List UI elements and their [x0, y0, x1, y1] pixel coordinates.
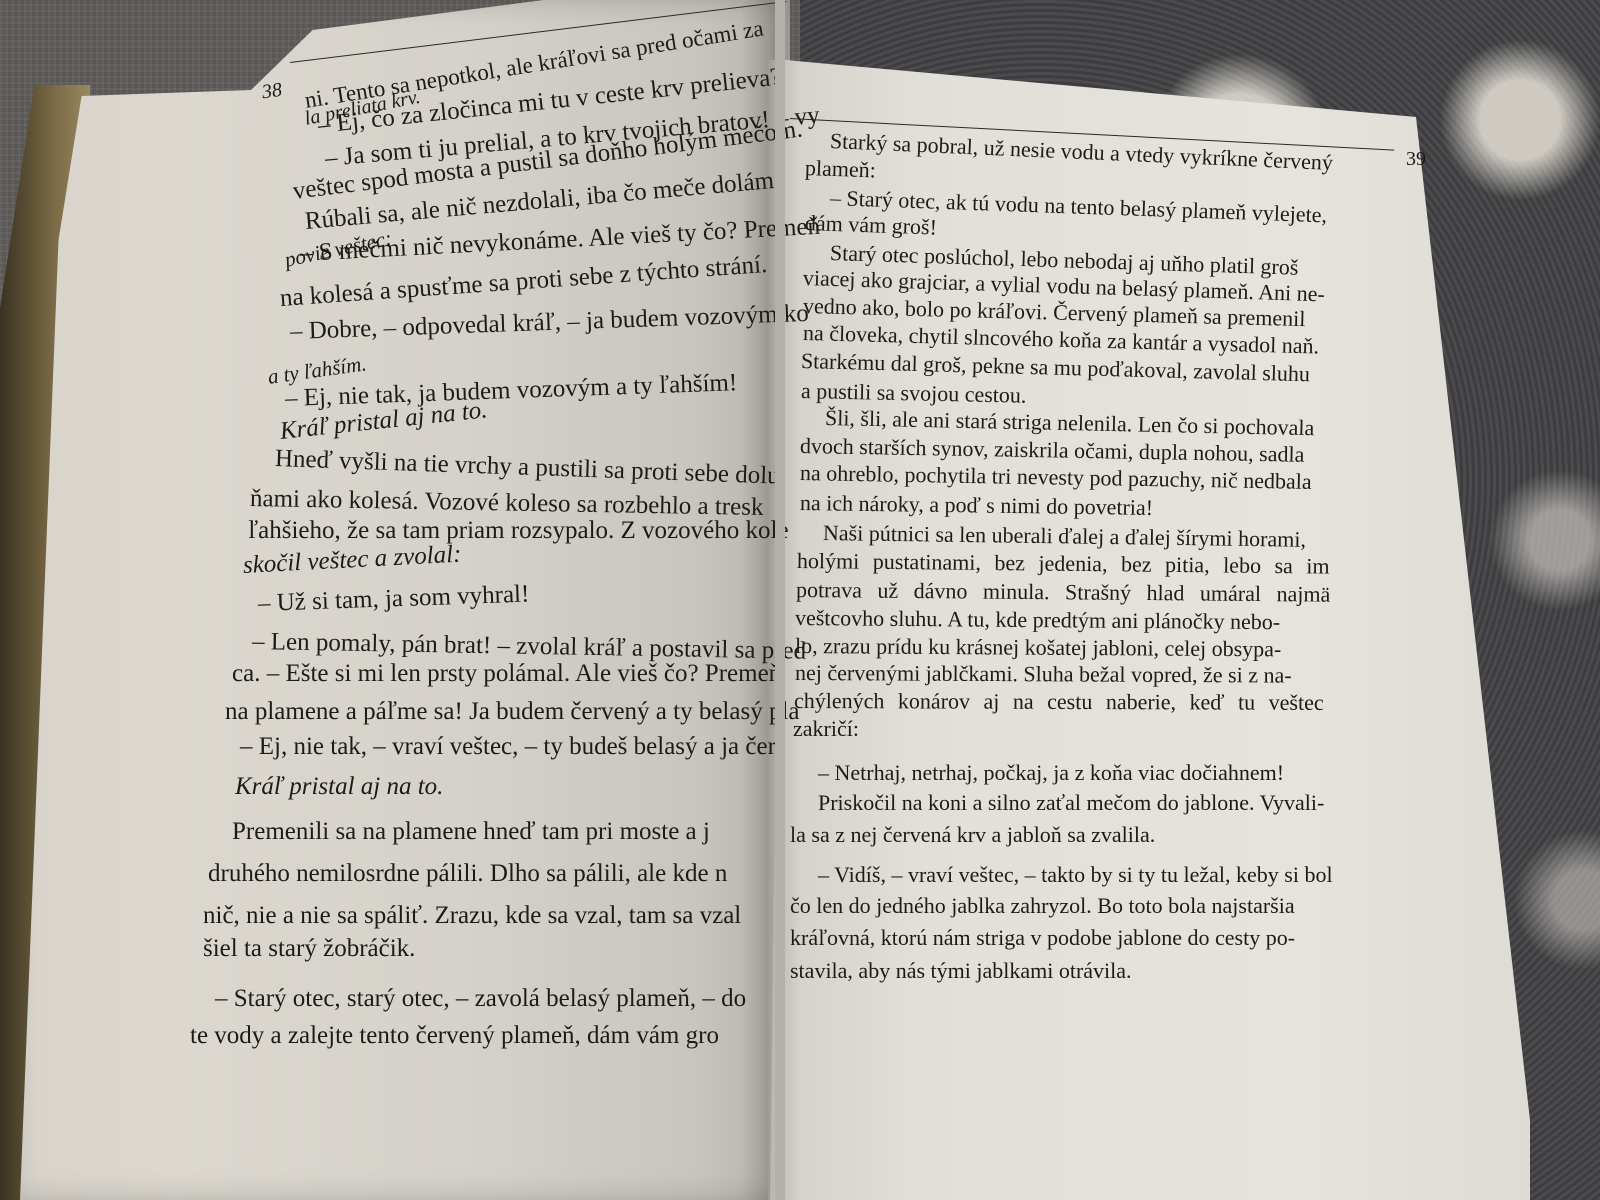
text-line: na plamene a páľme sa! Ja budem červený … — [225, 698, 800, 726]
text-line: na ich nároky, a poď s nimi do povetria! — [800, 490, 1153, 521]
text-line: la sa z nej červená krv a jabloň sa zval… — [790, 822, 1155, 848]
text-line: – Ej, nie tak, – vraví veštec, – ty bude… — [240, 733, 776, 761]
text-line: druhého nemilosrdne pálili. Dlho sa páli… — [208, 860, 727, 888]
text-line: – Vidíš, – vraví veštec, – takto by si t… — [818, 862, 1333, 888]
text-line: potrava už dávno minula. Strašný hlad um… — [796, 577, 1331, 608]
text-line: čo len do jedného jablka zahryzol. Bo to… — [790, 893, 1295, 919]
text-line: nej červenými jablčkami. Sluha bežal vop… — [795, 660, 1292, 689]
text-line: ca. – Ešte si mi len prsty polámal. Ale … — [232, 660, 781, 688]
text-line: nič, nie a nie sa spáliť. Zrazu, kde sa … — [203, 902, 741, 930]
gutter-clip — [775, 0, 785, 1200]
text-line: plameň: — [805, 155, 877, 183]
text-line: veštcovho sluhu. A tu, kde predtým ani p… — [795, 605, 1280, 635]
text-line: – Starý otec, starý otec, – zavolá belas… — [215, 985, 746, 1013]
text-line: lo, zrazu prídu ku krásnej košatej jablo… — [795, 633, 1281, 662]
text-line: – Netrhaj, netrhaj, počkaj, ja z koňa vi… — [818, 760, 1284, 786]
text-line: ľahšieho, že sa tam priam rozsypalo. Z v… — [248, 517, 789, 545]
text-line: a pustili sa svojou cestou. — [801, 378, 1027, 409]
text-line: holými pustatinami, bez jedenia, bez pit… — [797, 548, 1330, 580]
text-line: chýlených konárov aj na cestu naberie, k… — [794, 688, 1324, 716]
left-page-number: 38 — [260, 79, 283, 105]
text-line: Premenili sa na plamene hneď tam pri mos… — [232, 818, 710, 846]
text-line: šiel ta starý žobráčik. — [203, 935, 415, 963]
text-line: Priskočil na koni a silno zaťal mečom do… — [818, 790, 1324, 816]
text-line: dám vám groš! — [805, 210, 938, 241]
text-line: te vody a zalejte tento červený plameň, … — [190, 1022, 719, 1050]
right-page-number: 39 — [1406, 148, 1426, 171]
text-line: zakričí: — [793, 716, 859, 742]
text-line: kráľovná, ktorú nám striga v podobe jabl… — [790, 925, 1295, 951]
text-line: stavila, aby nás tými jablkami otrávila. — [790, 958, 1132, 984]
text-line: Kráľ pristal aj na to. — [235, 773, 443, 801]
